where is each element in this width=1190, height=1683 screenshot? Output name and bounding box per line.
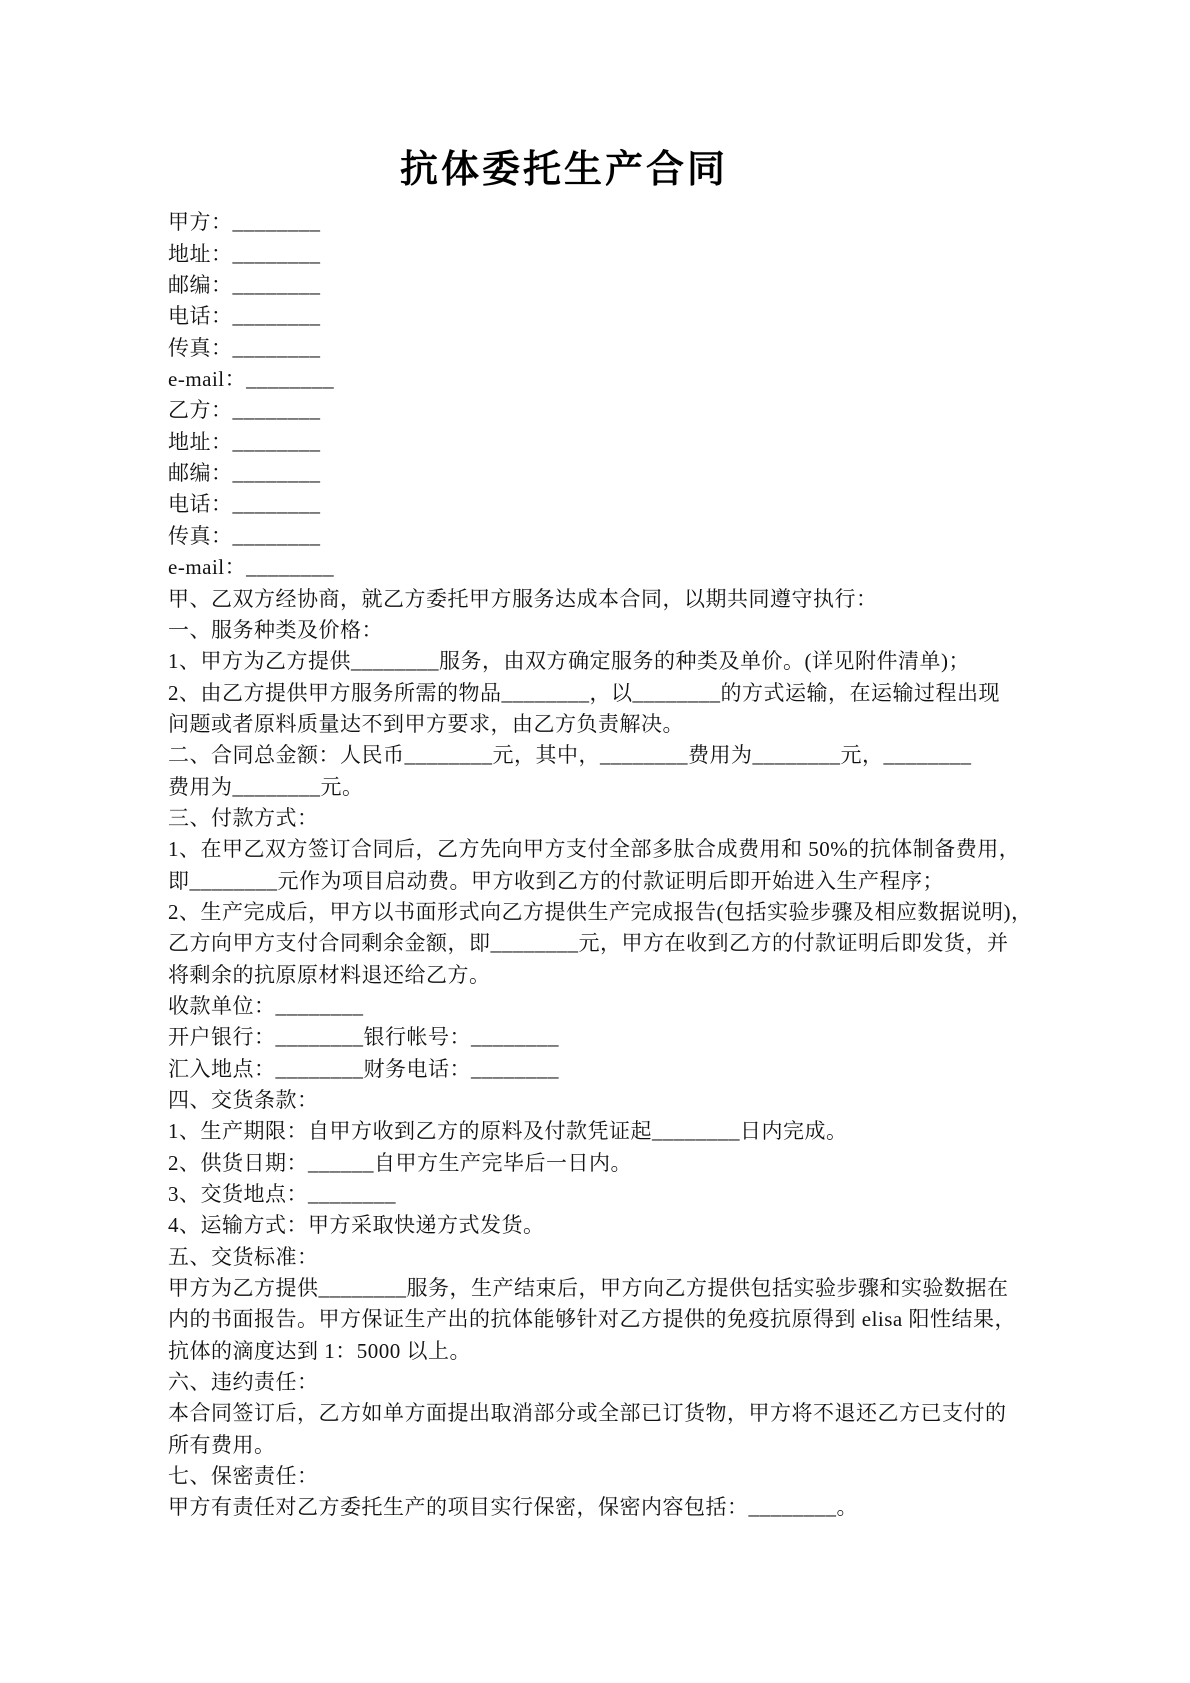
document-line: 电话：________ — [168, 301, 1040, 332]
document-line: 汇入地点：________财务电话：________ — [168, 1054, 1040, 1085]
document-line: 一、服务种类及价格： — [168, 615, 1040, 646]
document-line: 传真：________ — [168, 333, 1040, 364]
document-line: 六、违约责任： — [168, 1367, 1040, 1398]
document-line: 1、在甲乙双方签订合同后，乙方先向甲方支付全部多肽合成费用和 50%的抗体制备费… — [168, 834, 1040, 865]
document-line: 即________元作为项目启动费。甲方收到乙方的付款证明后即开始进入生产程序； — [168, 866, 1040, 897]
document-line: 所有费用。 — [168, 1430, 1040, 1461]
document-title: 抗体委托生产合同 — [128, 146, 1000, 195]
document-line: 四、交货条款： — [168, 1085, 1040, 1116]
document-line: 将剩余的抗原原材料退还给乙方。 — [168, 960, 1040, 991]
document-line: 抗体的滴度达到 1：5000 以上。 — [168, 1336, 1040, 1367]
document-line: 甲方为乙方提供________服务，生产结束后，甲方向乙方提供包括实验步骤和实验… — [168, 1273, 1040, 1304]
document-line: 地址：________ — [168, 427, 1040, 458]
contract-page: 抗体委托生产合同 甲方：________地址：________邮编：______… — [0, 0, 1190, 1683]
document-line: 1、生产期限：自甲方收到乙方的原料及付款凭证起________日内完成。 — [168, 1116, 1040, 1147]
document-body: 甲方：________地址：________邮编：________电话：____… — [168, 207, 1040, 1523]
document-line: 七、保密责任： — [168, 1461, 1040, 1492]
document-line: 本合同签订后，乙方如单方面提出取消部分或全部已订货物，甲方将不退还乙方已支付的 — [168, 1398, 1040, 1429]
document-line: 邮编：________ — [168, 270, 1040, 301]
document-line: 甲方：________ — [168, 207, 1040, 238]
document-line: 问题或者原料质量达不到甲方要求，由乙方负责解决。 — [168, 709, 1040, 740]
document-line: 2、由乙方提供甲方服务所需的物品________，以________的方式运输，… — [168, 678, 1040, 709]
document-line: 费用为________元。 — [168, 772, 1040, 803]
document-line: 五、交货标准： — [168, 1242, 1040, 1273]
document-line: 1、甲方为乙方提供________服务，由双方确定服务的种类及单价。(详见附件清… — [168, 646, 1040, 677]
document-line: 4、运输方式：甲方采取快递方式发货。 — [168, 1210, 1040, 1241]
document-line: 3、交货地点：________ — [168, 1179, 1040, 1210]
document-line: 收款单位：________ — [168, 991, 1040, 1022]
document-line: 二、合同总金额：人民币________元，其中，________费用为_____… — [168, 740, 1040, 771]
document-line: 传真：________ — [168, 521, 1040, 552]
document-line: 乙方：________ — [168, 395, 1040, 426]
document-line: 三、付款方式： — [168, 803, 1040, 834]
document-line: 甲、乙双方经协商，就乙方委托甲方服务达成本合同，以期共同遵守执行： — [168, 584, 1040, 615]
document-line: 电话：________ — [168, 489, 1040, 520]
document-line: 乙方向甲方支付合同剩余金额，即________元，甲方在收到乙方的付款证明后即发… — [168, 928, 1040, 959]
document-line: 开户银行：________银行帐号：________ — [168, 1022, 1040, 1053]
document-line: 地址：________ — [168, 239, 1040, 270]
document-line: 甲方有责任对乙方委托生产的项目实行保密，保密内容包括：________。 — [168, 1492, 1040, 1523]
document-line: 2、供货日期：______自甲方生产完毕后一日内。 — [168, 1148, 1040, 1179]
document-line: 内的书面报告。甲方保证生产出的抗体能够针对乙方提供的免疫抗原得到 elisa 阳… — [168, 1304, 1040, 1335]
document-line: 邮编：________ — [168, 458, 1040, 489]
document-line: e-mail：________ — [168, 552, 1040, 583]
document-line: 2、生产完成后，甲方以书面形式向乙方提供生产完成报告(包括实验步骤及相应数据说明… — [168, 897, 1040, 928]
document-line: e-mail：________ — [168, 364, 1040, 395]
